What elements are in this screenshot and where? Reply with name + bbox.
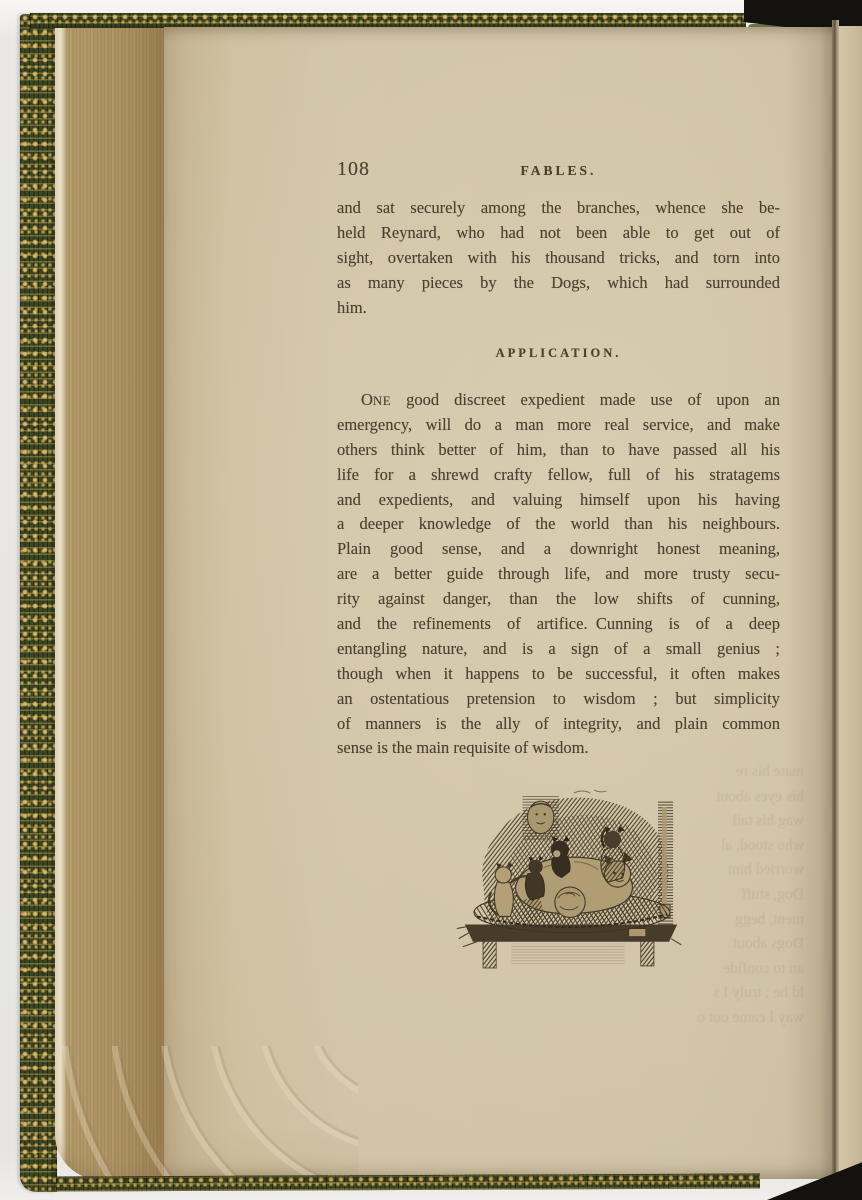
text-line: sight, overtaken with his thousand trick…	[337, 246, 780, 271]
text-line: rity against danger, than the low shifts…	[337, 587, 780, 612]
page-corner-curl	[58, 1046, 358, 1178]
first-line-rest: good discreet expedient made use of upon…	[391, 390, 780, 409]
text-line: entangling nature, and is a sign of a sm…	[337, 637, 780, 662]
show-through-line: way I came out o	[628, 1006, 804, 1031]
woodcut-illustration-cats	[452, 787, 688, 969]
show-through-line: mate his re	[628, 760, 804, 785]
small-caps: NE	[373, 394, 391, 408]
text-line: a deeper knowledge of the world than his…	[337, 512, 780, 537]
gilt-band-bottom	[56, 1173, 760, 1191]
book-spine-gilt-left	[20, 14, 57, 1192]
page-header: 108 FABLES.	[337, 158, 780, 184]
running-title: FABLES.	[337, 163, 780, 179]
text-line: sense is the main requisite of wisdom.	[337, 736, 780, 761]
text-line: and expedients, and valuing himself upon…	[337, 488, 780, 513]
text-line: Plain good sense, and a downright honest…	[337, 537, 780, 562]
text-line: others think better of him, than to have…	[337, 438, 780, 463]
text-line-first: ONE good discreet expedient made use of …	[337, 388, 780, 413]
drop-initial: O	[361, 390, 373, 409]
page-fore-edge-stack	[55, 28, 173, 1180]
section-heading: APPLICATION.	[337, 346, 780, 361]
text-line: of manners is the ally of integrity, and…	[337, 712, 780, 737]
paragraph-2: ONE good discreet expedient made use of …	[337, 388, 780, 761]
text-line: emergency, will do a man more real servi…	[337, 413, 780, 438]
text-line: held Reynard, who had not been able to g…	[337, 221, 780, 246]
show-through-line: ld he ; truly I s	[628, 981, 804, 1006]
text-line: as many pieces by the Dogs, which had su…	[337, 271, 780, 296]
text-line: him.	[337, 296, 780, 321]
woodcut-svg	[452, 787, 688, 969]
page-gutter-line	[832, 20, 839, 1198]
text-line: an ostentatious pretension to wisdom ; b…	[337, 687, 780, 712]
paragraph-1: and sat securely among the branches, whe…	[337, 196, 780, 320]
text-line: and the refinements of artifice. Cunning…	[337, 612, 780, 637]
text-line: though when it happens to be successful,…	[337, 662, 780, 687]
text-line: and sat securely among the branches, whe…	[337, 196, 780, 221]
text-line: are a better guide through life, and mor…	[337, 562, 780, 587]
text-line: life for a shrewd crafty fellow, full of…	[337, 463, 780, 488]
book-scan: 108 FABLES. and sat securely among the b…	[0, 0, 862, 1200]
facing-page-edge	[839, 26, 862, 1190]
